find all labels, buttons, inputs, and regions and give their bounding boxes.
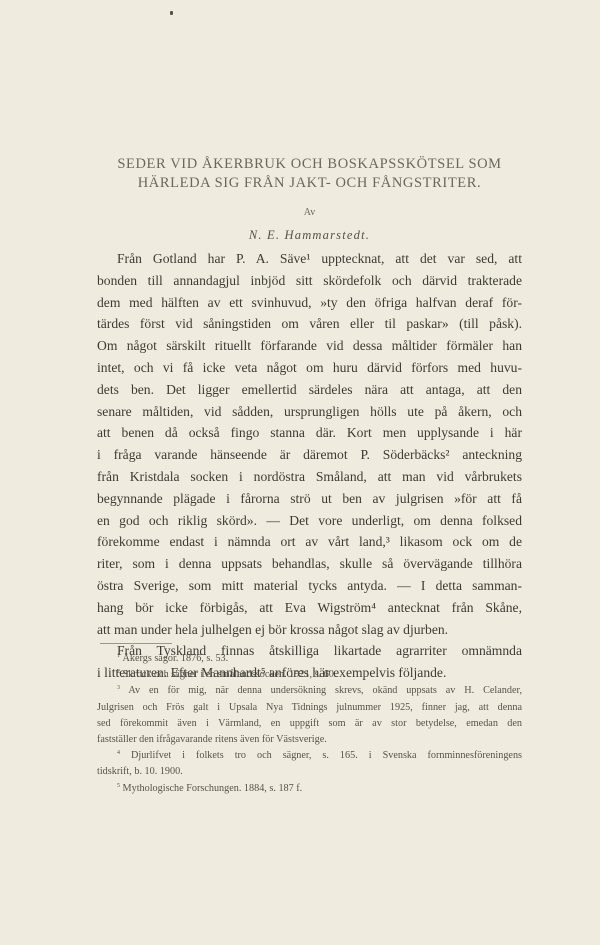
body-line: från Kristdala socken i nordöstra Smålan… [97,466,522,488]
body-line: tärdes först vid såningstiden om våren e… [97,313,522,335]
footnote-3-cont: sed förekommit även i Värmland, en uppgi… [97,716,522,732]
footnote-3-cont: fastställer den ifrågavarande ritens äve… [97,732,522,748]
footnote-4-cont: tidskrift, b. 10. 1900. [97,764,522,780]
scan-speck [170,11,173,15]
body-line: bonden till annandagjul inbjöd sitt skör… [97,270,522,292]
footnote-divider [100,643,172,644]
title-line-2: härleda sig från jakt- och fångstriter. [97,174,522,193]
title-line-1: Seder vid åkerbruk och boskapsskötsel so… [97,155,522,174]
body-line: begynnande plägade i fårorna strö ut ben… [97,488,522,510]
footnote-3-cont: Julgrisen och Frös galt i Upsala Nya Tid… [97,700,522,716]
footnote-1: 1 Åkergs sagor. 1876, s. 53. [97,651,522,667]
footnote-3: 3 Av en för mig, när denna undersökning … [97,683,522,699]
body-line: förekomme endast i nämnda ort av vårt la… [97,531,522,553]
article-title: Seder vid åkerbruk och boskapsskötsel so… [97,155,522,193]
body-line: dets ben. Det ligger emellertid särdeles… [97,379,522,401]
author-name: N. E. Hammarstedt. [97,228,522,243]
body-line: Från Gotland har P. A. Säve¹ upptecknat,… [97,248,522,270]
byline: Av [97,207,522,218]
footnote-2: 2 Skrock och sägner i en smålandssocken.… [97,667,522,683]
body-line: att benen då också fingo stanna där. Kor… [97,422,522,444]
body-line: att man under hela julhelgen ej bör kros… [97,619,522,641]
body-line: i fråga varande hänseende är däremot P. … [97,444,522,466]
body-line: hang bör icke förbigås, att Eva Wigström… [97,597,522,619]
body-line: dem med hälften av ett svinhuvud, »ty de… [97,292,522,314]
body-line: en god och riklig skörd». — Det vore und… [97,510,522,532]
footnote-4: 4 Djurlifvet i folkets tro och sägner, s… [97,748,522,764]
body-line: intet, och vi få icke veta något om huru… [97,357,522,379]
article-body: Från Gotland har P. A. Säve¹ upptecknat,… [97,248,522,684]
body-line: östra Sverige, som mitt material tycks a… [97,575,522,597]
footnotes: 1 Åkergs sagor. 1876, s. 53. 2 Skrock oc… [97,651,522,797]
body-line: senare måltiden, vid sådden, ursprunglig… [97,401,522,423]
body-line: riter, som i denna uppsats behandlas, sk… [97,553,522,575]
body-line: Om något särskilt rituellt förfarande vi… [97,335,522,357]
footnote-5: 5 Mythologische Forschungen. 1884, s. 18… [97,781,522,797]
